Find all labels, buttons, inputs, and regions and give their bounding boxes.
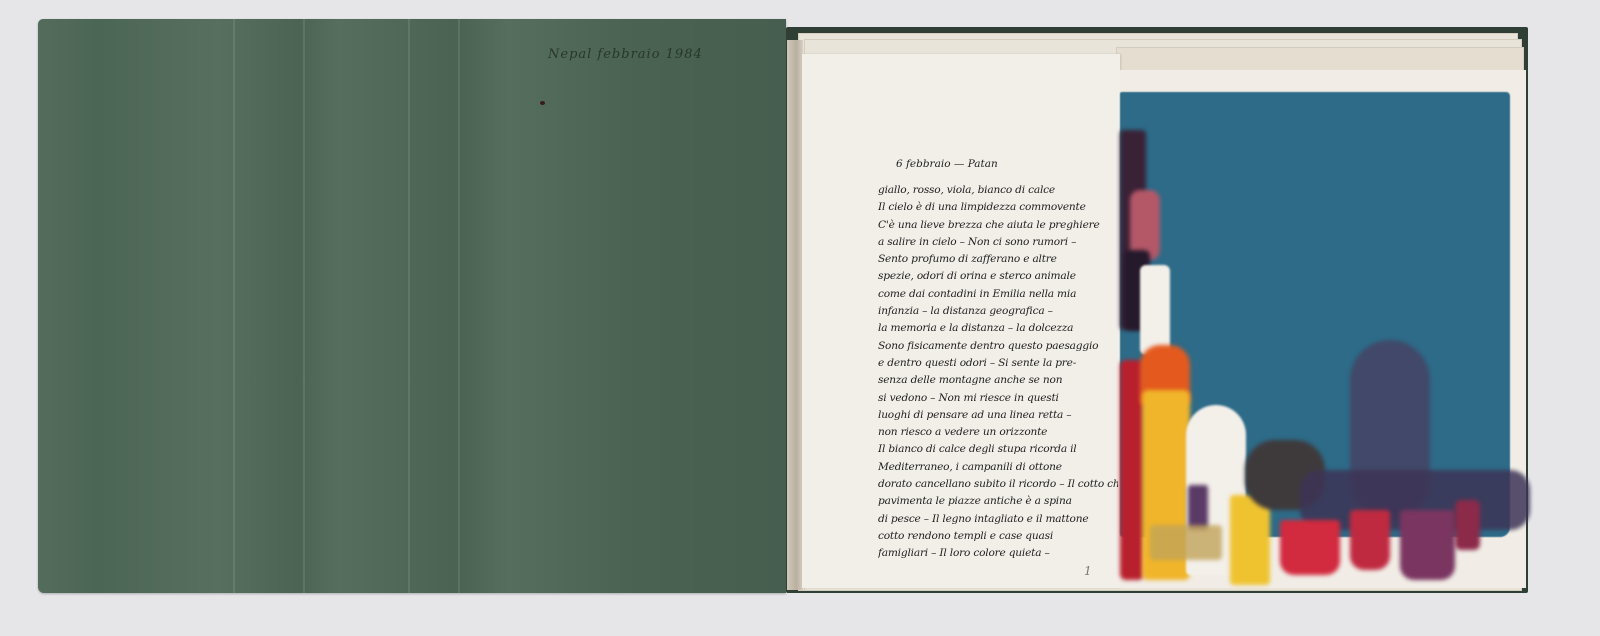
ochre-stroke [1150,525,1222,560]
diary-line: Sento profumo di zafferano e altre [878,251,1118,268]
diary-line: Mediterraneo, i campanili di ottone [878,459,1118,476]
cover-crease [233,19,235,593]
diary-line: senza delle montagne anche se non [878,372,1118,389]
diary-text: giallo, rosso, viola, bianco di calce Il… [878,182,1118,563]
diary-line: a salire in cielo – Non ci sono rumori – [878,234,1118,251]
page-number: 1 [1084,564,1092,578]
cover-crease [408,19,410,593]
diary-line: non riesco a vedere un orizzonte [878,424,1118,441]
cover-crease [458,19,460,593]
red-drip [1350,510,1390,570]
diary-line: di pesce – Il legno intagliato e il matt… [878,511,1118,528]
sketchbook-photo: Nepal febbraio 1984 6 febbraio — Patan g… [0,0,1600,636]
diary-line: infanzia – la distanza geografica – [878,303,1118,320]
diary-line: C'è una lieve brezza che aiuta le preghi… [878,217,1118,234]
diary-line: spezie, odori di orina e sterco animale [878,268,1118,285]
watercolor-page [1120,70,1526,588]
diary-line: cotto rendono templi e case quasi [878,528,1118,545]
diary-line: famigliari – Il loro colore quieta – [878,545,1118,562]
handwritten-page: 6 febbraio — Patan giallo, rosso, viola,… [802,54,1120,588]
diary-line: e dentro questi odori – Si sente la pre- [878,355,1118,372]
plum-drip [1400,510,1455,580]
diary-line: luoghi di pensare ad una linea retta – [878,407,1118,424]
book-gutter [787,40,803,590]
red-drip [1280,520,1340,575]
diary-date-heading: 6 febbraio — Patan [896,158,998,170]
diary-line: la memoria e la distanza – la dolcezza [878,320,1118,337]
diary-line: Il bianco di calce degli stupa ricorda i… [878,441,1118,458]
yellow-stroke [1230,495,1270,585]
violet-tower [1188,485,1208,530]
diary-line: dorato cancellano subito il ricordo – Il… [878,476,1118,493]
diary-line: giallo, rosso, viola, bianco di calce [878,182,1118,199]
diary-line: pavimenta le piazze antiche è a spina [878,493,1118,510]
red-drip [1455,500,1480,550]
cover-stain [540,101,545,105]
white-gap [1140,265,1170,355]
cover-inscription: Nepal febbraio 1984 [548,47,703,62]
diary-line: come dai contadini in Emilia nella mia [878,286,1118,303]
diary-line: si vedono – Non mi riesce in questi [878,390,1118,407]
diary-line: Il cielo è di una limpidezza commovente [878,199,1118,216]
cover-crease [303,19,305,593]
green-cover: Nepal febbraio 1984 [38,19,786,593]
diary-line: Sono fisicamente dentro questo paesaggio [878,338,1118,355]
